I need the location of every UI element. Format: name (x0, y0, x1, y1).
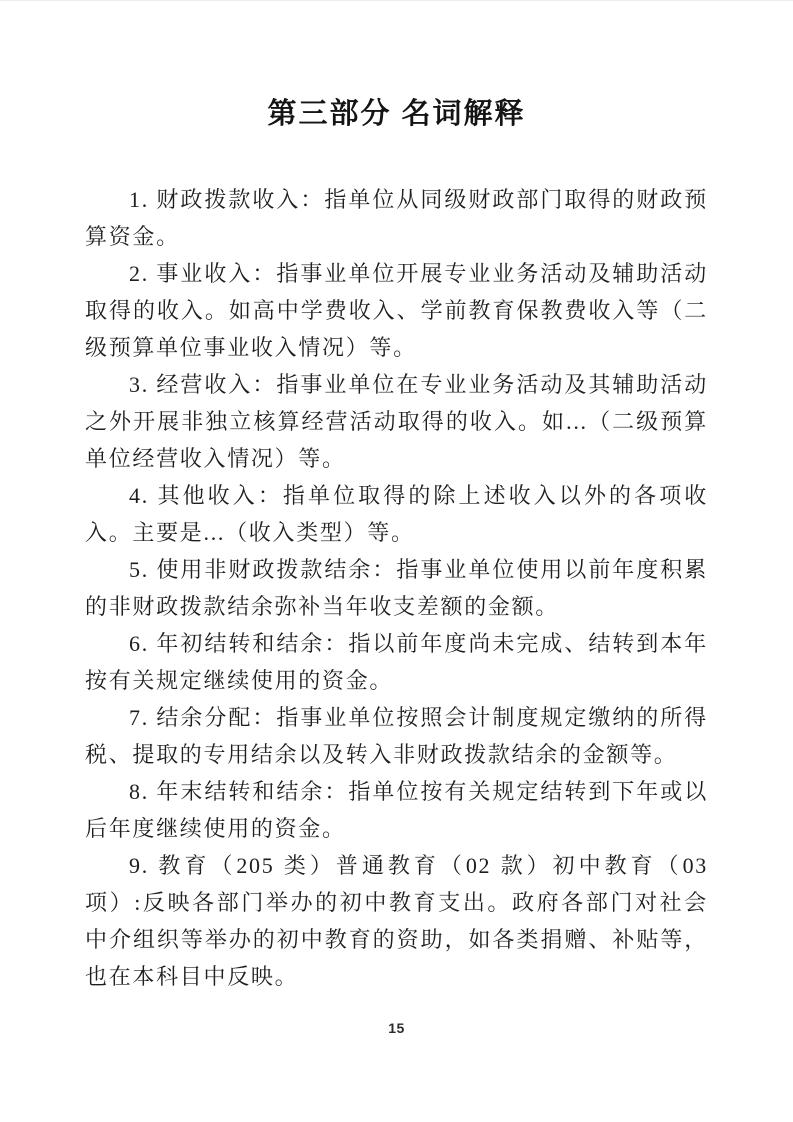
paragraph-education-junior-middle: 9. 教育（205 类）普通教育（02 款）初中教育（03 项）:反映各部门举办… (85, 847, 708, 995)
document-body: 1. 财政拨款收入：指单位从同级财政部门取得的财政预算资金。 2. 事业收入：指… (85, 181, 708, 995)
page-number: 15 (0, 1020, 793, 1036)
paragraph-year-end-carryover: 8. 年末结转和结余：指单位按有关规定结转到下年或以后年度继续使用的资金。 (85, 773, 708, 847)
paragraph-fiscal-appropriation-income: 1. 财政拨款收入：指单位从同级财政部门取得的财政预算资金。 (85, 181, 708, 255)
paragraph-operating-income-institution: 2. 事业收入：指事业单位开展专业业务活动及辅助活动取得的收入。如高中学费收入、… (85, 255, 708, 366)
paragraph-beginning-year-carryover: 6. 年初结转和结余：指以前年度尚未完成、结转到本年按有关规定继续使用的资金。 (85, 625, 708, 699)
page-title: 第三部分 名词解释 (0, 1, 793, 131)
paragraph-surplus-distribution: 7. 结余分配：指事业单位按照会计制度规定缴纳的所得税、提取的专用结余以及转入非… (85, 699, 708, 773)
document-page: 第三部分 名词解释 1. 财政拨款收入：指单位从同级财政部门取得的财政预算资金。… (0, 0, 793, 1122)
paragraph-other-income: 4. 其他收入：指单位取得的除上述收入以外的各项收入。主要是...（收入类型）等… (85, 477, 708, 551)
paragraph-non-fiscal-carryover-use: 5. 使用非财政拨款结余：指事业单位使用以前年度积累的非财政拨款结余弥补当年收支… (85, 551, 708, 625)
paragraph-business-income: 3. 经营收入：指事业单位在专业业务活动及其辅助活动之外开展非独立核算经营活动取… (85, 366, 708, 477)
